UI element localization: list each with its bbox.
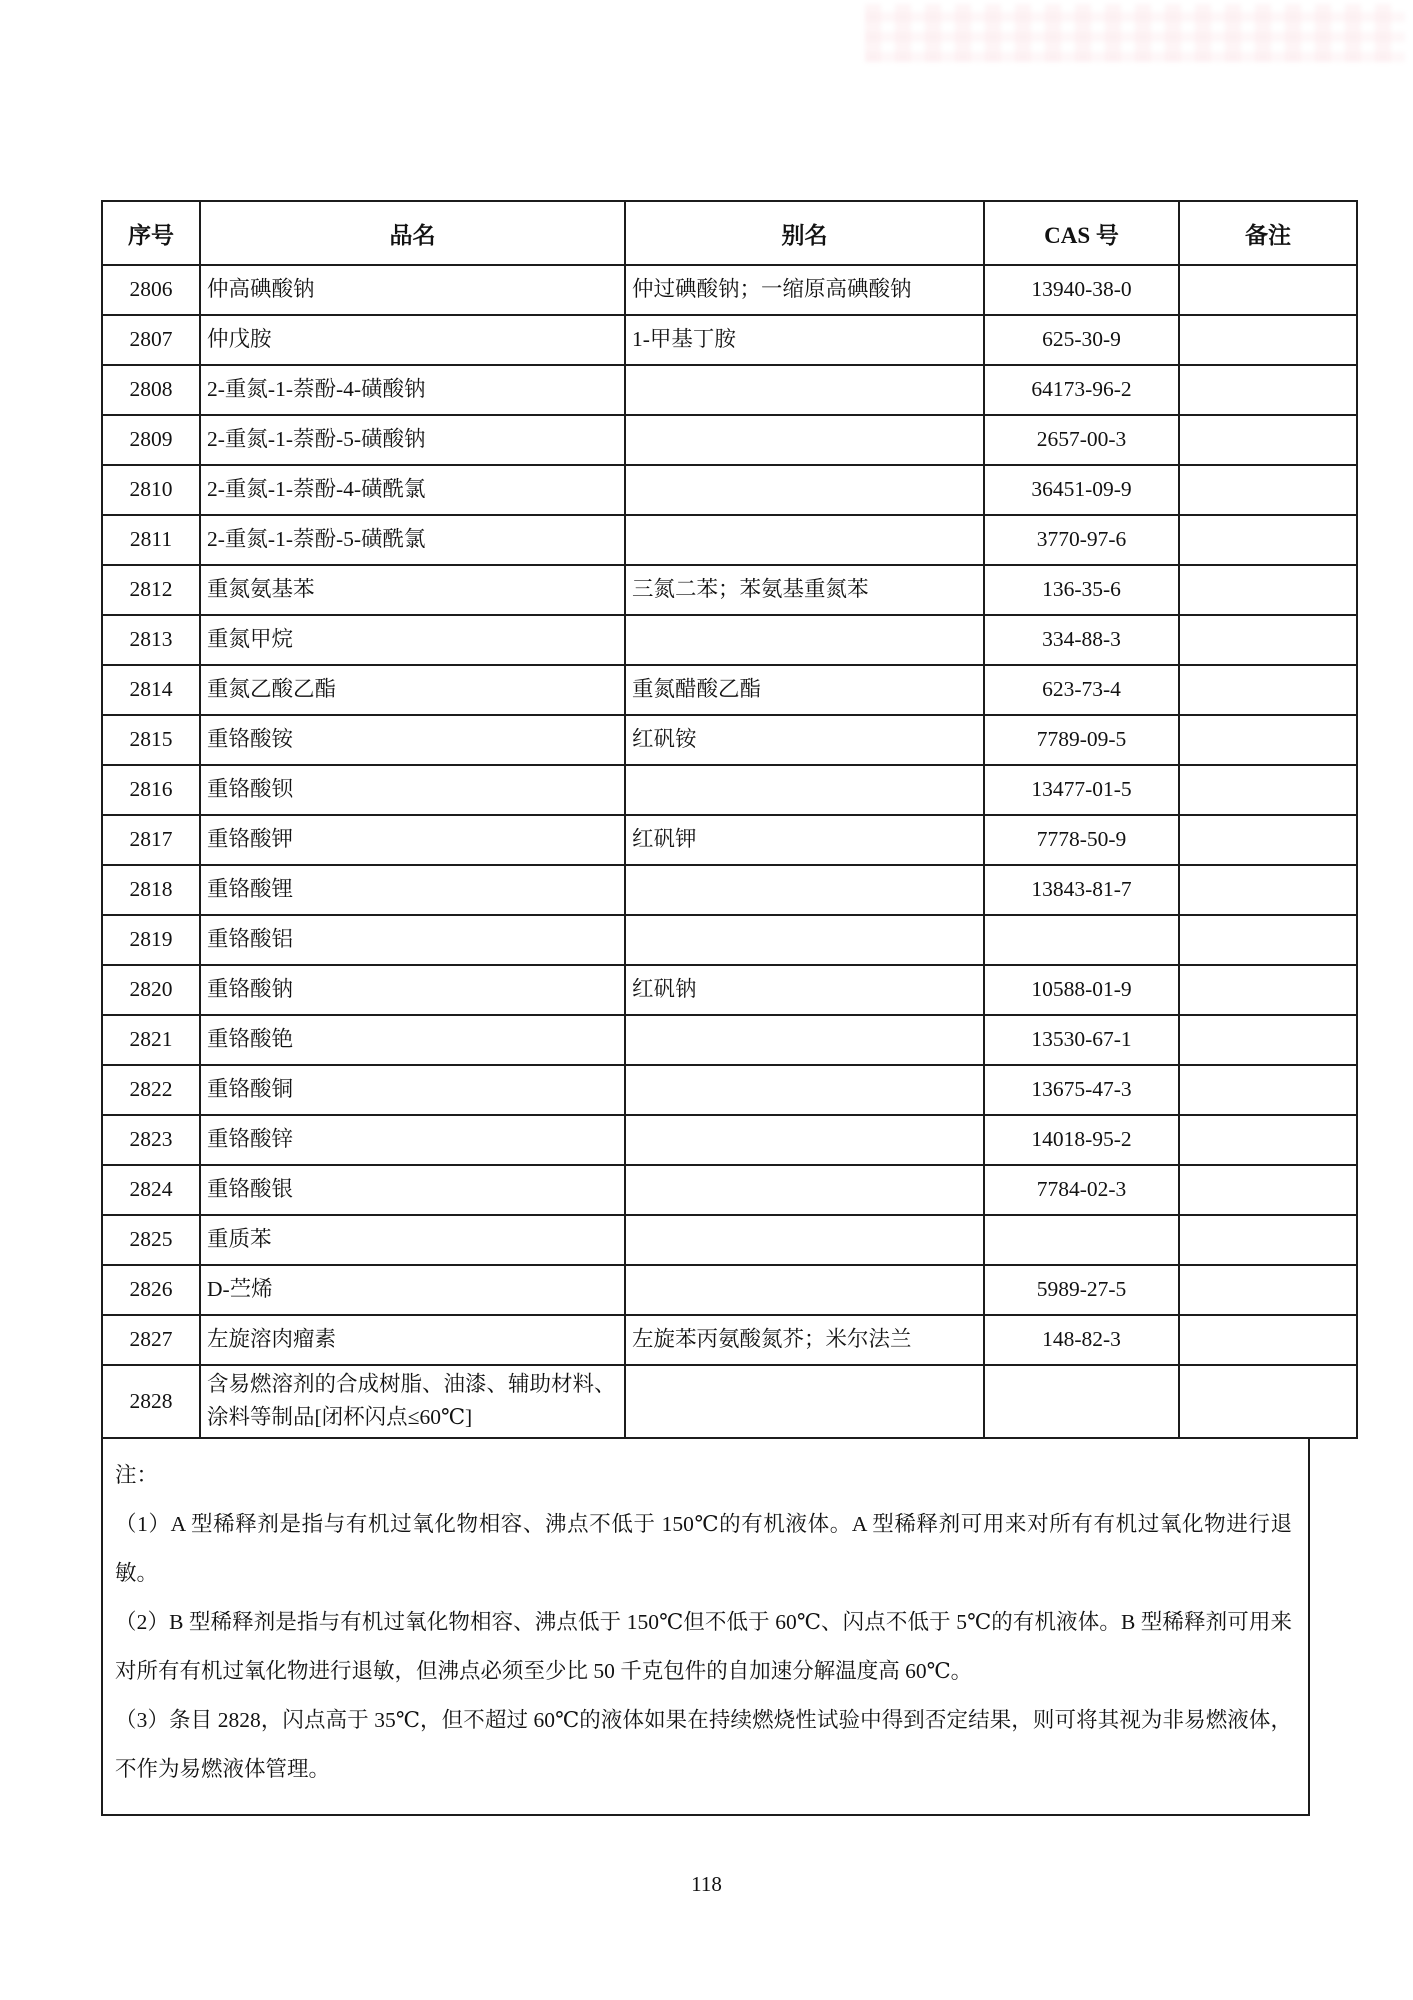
header-cell-2: 别名 [625,201,984,265]
product-name: 左旋溶肉瘤素 [200,1315,625,1365]
cas-number: 36451-09-9 [984,465,1179,515]
row-no: 2815 [102,715,200,765]
chemicals-table: 序号品名别名CAS 号备注 2806仲高碘酸钠仲过碘酸钠；一缩原高碘酸钠1394… [101,200,1358,1439]
table-row: 2818重铬酸锂13843-81-7 [102,865,1357,915]
remark [1179,915,1357,965]
table-row: 2813重氮甲烷334-88-3 [102,615,1357,665]
product-name: 重铬酸铜 [200,1065,625,1115]
table-row: 28082-重氮-1-萘酚-4-磺酸钠64173-96-2 [102,365,1357,415]
row-no: 2823 [102,1115,200,1165]
remark [1179,515,1357,565]
header-cell-1: 品名 [200,201,625,265]
row-no: 2810 [102,465,200,515]
remark [1179,1015,1357,1065]
row-no: 2809 [102,415,200,465]
alias: 左旋苯丙氨酸氮芥；米尔法兰 [625,1315,984,1365]
cas-number: 13477-01-5 [984,765,1179,815]
alias [625,1365,984,1438]
remark [1179,1115,1357,1165]
product-name: 重铬酸铯 [200,1015,625,1065]
table-row: 2817重铬酸钾红矾钾7778-50-9 [102,815,1357,865]
row-no: 2808 [102,365,200,415]
cas-number: 625-30-9 [984,315,1179,365]
remark [1179,715,1357,765]
row-no: 2806 [102,265,200,315]
notes-section: 注： （1）A 型稀释剂是指与有机过氧化物相容、沸点不低于 150℃的有机液体。… [101,1439,1310,1816]
alias [625,1265,984,1315]
table-row: 28102-重氮-1-萘酚-4-磺酰氯36451-09-9 [102,465,1357,515]
note-item-1: （1）A 型稀释剂是指与有机过氧化物相容、沸点不低于 150℃的有机液体。A 型… [115,1500,1292,1598]
alias [625,1165,984,1215]
header-cell-0: 序号 [102,201,200,265]
alias: 红矾钠 [625,965,984,1015]
cas-number: 334-88-3 [984,615,1179,665]
product-name: 2-重氮-1-萘酚-5-磺酰氯 [200,515,625,565]
remark [1179,1165,1357,1215]
table-row: 2815重铬酸铵红矾铵7789-09-5 [102,715,1357,765]
product-name: 重铬酸银 [200,1165,625,1215]
product-name: 重氮氨基苯 [200,565,625,615]
remark [1179,765,1357,815]
product-name: 重铬酸铵 [200,715,625,765]
alias: 仲过碘酸钠；一缩原高碘酸钠 [625,265,984,315]
table-row: 2826D-苎烯5989-27-5 [102,1265,1357,1315]
cas-number [984,1365,1179,1438]
remark [1179,465,1357,515]
cas-number: 7784-02-3 [984,1165,1179,1215]
remark [1179,965,1357,1015]
cas-number [984,915,1179,965]
remark [1179,1365,1357,1438]
remark [1179,365,1357,415]
row-no: 2827 [102,1315,200,1365]
product-name: 2-重氮-1-萘酚-4-磺酰氯 [200,465,625,515]
alias [625,615,984,665]
table-body: 2806仲高碘酸钠仲过碘酸钠；一缩原高碘酸钠13940-38-02807仲戊胺1… [102,265,1357,1438]
row-no: 2814 [102,665,200,715]
alias [625,1115,984,1165]
product-name: 仲戊胺 [200,315,625,365]
alias [625,915,984,965]
cas-number: 64173-96-2 [984,365,1179,415]
remark [1179,315,1357,365]
remark [1179,1215,1357,1265]
header-cell-4: 备注 [1179,201,1357,265]
alias [625,365,984,415]
remark [1179,415,1357,465]
alias [625,415,984,465]
alias [625,465,984,515]
row-no: 2807 [102,315,200,365]
row-no: 2811 [102,515,200,565]
document-page: 序号品名别名CAS 号备注 2806仲高碘酸钠仲过碘酸钠；一缩原高碘酸钠1394… [0,0,1413,2000]
row-no: 2822 [102,1065,200,1115]
product-name: 重氮乙酸乙酯 [200,665,625,715]
table-and-notes: 序号品名别名CAS 号备注 2806仲高碘酸钠仲过碘酸钠；一缩原高碘酸钠1394… [101,200,1310,1816]
alias [625,865,984,915]
remark [1179,1315,1357,1365]
row-no: 2816 [102,765,200,815]
row-no: 2821 [102,1015,200,1065]
product-name: 重质苯 [200,1215,625,1265]
alias: 红矾铵 [625,715,984,765]
alias [625,1015,984,1065]
table-row: 2816重铬酸钡13477-01-5 [102,765,1357,815]
remark [1179,615,1357,665]
remark [1179,815,1357,865]
row-no: 2812 [102,565,200,615]
table-row: 2824重铬酸银7784-02-3 [102,1165,1357,1215]
header-cell-3: CAS 号 [984,201,1179,265]
cas-number: 148-82-3 [984,1315,1179,1365]
table-row: 28112-重氮-1-萘酚-5-磺酰氯3770-97-6 [102,515,1357,565]
table-row: 28092-重氮-1-萘酚-5-磺酸钠2657-00-3 [102,415,1357,465]
row-no: 2828 [102,1365,200,1438]
header-row: 序号品名别名CAS 号备注 [102,201,1357,265]
row-no: 2819 [102,915,200,965]
row-no: 2817 [102,815,200,865]
page-number: 118 [0,1872,1413,1897]
table-head: 序号品名别名CAS 号备注 [102,201,1357,265]
cas-number: 136-35-6 [984,565,1179,615]
table-row: 2807仲戊胺1-甲基丁胺625-30-9 [102,315,1357,365]
table-row: 2819重铬酸铝 [102,915,1357,965]
cas-number: 13940-38-0 [984,265,1179,315]
product-name: 重铬酸钠 [200,965,625,1015]
alias: 红矾钾 [625,815,984,865]
remark [1179,865,1357,915]
cas-number: 14018-95-2 [984,1115,1179,1165]
product-name: 仲高碘酸钠 [200,265,625,315]
remark [1179,1265,1357,1315]
notes-list: （1）A 型稀释剂是指与有机过氧化物相容、沸点不低于 150℃的有机液体。A 型… [115,1500,1292,1794]
cas-number: 7778-50-9 [984,815,1179,865]
cas-number: 5989-27-5 [984,1265,1179,1315]
cas-number [984,1215,1179,1265]
alias [625,1065,984,1115]
note-item-2: （2）B 型稀释剂是指与有机过氧化物相容、沸点低于 150℃但不低于 60℃、闪… [115,1598,1292,1696]
alias: 三氮二苯；苯氨基重氮苯 [625,565,984,615]
row-no: 2826 [102,1265,200,1315]
row-no: 2818 [102,865,200,915]
cas-number: 2657-00-3 [984,415,1179,465]
table-row: 2812重氮氨基苯三氮二苯；苯氨基重氮苯136-35-6 [102,565,1357,615]
table-row: 2820重铬酸钠红矾钠10588-01-9 [102,965,1357,1015]
table-row: 2821重铬酸铯13530-67-1 [102,1015,1357,1065]
remark [1179,1065,1357,1115]
remark [1179,665,1357,715]
product-name: 重铬酸锂 [200,865,625,915]
cas-number: 13675-47-3 [984,1065,1179,1115]
cas-number: 7789-09-5 [984,715,1179,765]
product-name: 重铬酸钾 [200,815,625,865]
alias [625,515,984,565]
product-name: 重铬酸铝 [200,915,625,965]
row-no: 2820 [102,965,200,1015]
product-name: 重铬酸锌 [200,1115,625,1165]
table-row: 2828含易燃溶剂的合成树脂、油漆、辅助材料、涂料等制品[闭杯闪点≤60℃] [102,1365,1357,1438]
alias [625,1215,984,1265]
table-row: 2825重质苯 [102,1215,1357,1265]
row-no: 2813 [102,615,200,665]
notes-label: 注： [115,1451,1292,1500]
cas-number: 623-73-4 [984,665,1179,715]
table-row: 2822重铬酸铜13675-47-3 [102,1065,1357,1115]
table-row: 2814重氮乙酸乙酯重氮醋酸乙酯623-73-4 [102,665,1357,715]
cas-number: 10588-01-9 [984,965,1179,1015]
alias: 重氮醋酸乙酯 [625,665,984,715]
remark [1179,265,1357,315]
product-name: 2-重氮-1-萘酚-5-磺酸钠 [200,415,625,465]
product-name: 重氮甲烷 [200,615,625,665]
table-row: 2806仲高碘酸钠仲过碘酸钠；一缩原高碘酸钠13940-38-0 [102,265,1357,315]
row-no: 2825 [102,1215,200,1265]
product-name: D-苎烯 [200,1265,625,1315]
alias: 1-甲基丁胺 [625,315,984,365]
cas-number: 13843-81-7 [984,865,1179,915]
table-row: 2823重铬酸锌14018-95-2 [102,1115,1357,1165]
product-name: 含易燃溶剂的合成树脂、油漆、辅助材料、涂料等制品[闭杯闪点≤60℃] [200,1365,625,1438]
cas-number: 13530-67-1 [984,1015,1179,1065]
cas-number: 3770-97-6 [984,515,1179,565]
note-item-3: （3）条目 2828，闪点高于 35℃，但不超过 60℃的液体如果在持续燃烧性试… [115,1696,1292,1794]
remark [1179,565,1357,615]
faint-watermark [865,4,1405,62]
product-name: 2-重氮-1-萘酚-4-磺酸钠 [200,365,625,415]
alias [625,765,984,815]
row-no: 2824 [102,1165,200,1215]
product-name: 重铬酸钡 [200,765,625,815]
table-row: 2827左旋溶肉瘤素左旋苯丙氨酸氮芥；米尔法兰148-82-3 [102,1315,1357,1365]
